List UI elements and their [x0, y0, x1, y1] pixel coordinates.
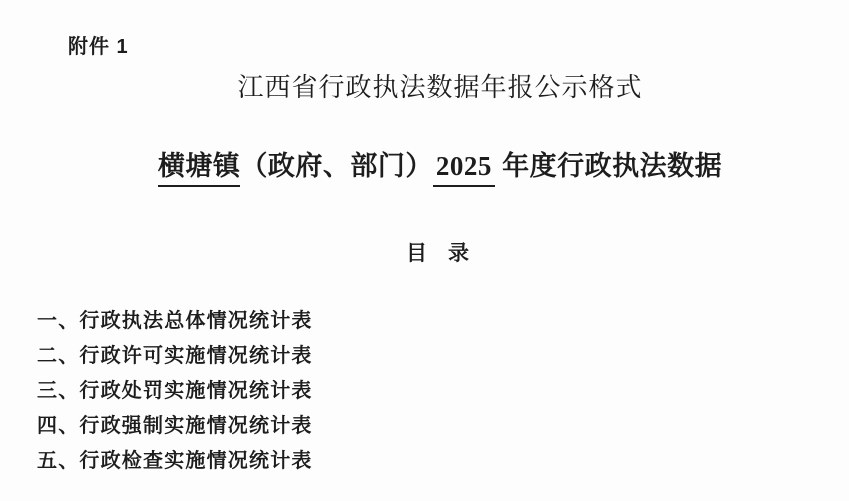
format-heading: 江西省行政执法数据年报公示格式	[31, 71, 849, 105]
main-title: 横塘镇（政府、部门）2025 年度行政执法数据	[31, 148, 849, 184]
toc-item-administrative-penalty: 三、行政处罚实施情况统计表	[37, 374, 849, 409]
toc-list: 一、行政执法总体情况统计表 二、行政许可实施情况统计表 三、行政处罚实施情况统计…	[37, 304, 849, 479]
attachment-label: 附件 1	[68, 34, 129, 60]
toc-item-administrative-licensing: 二、行政许可实施情况统计表	[37, 339, 849, 374]
toc-item-overall-situation: 一、行政执法总体情况统计表	[37, 304, 849, 339]
title-year: 2025	[433, 151, 495, 187]
toc-item-administrative-inspection: 五、行政检查实施情况统计表	[37, 444, 849, 479]
title-scope: （政府、部门）	[240, 151, 433, 181]
toc-heading: 目 录	[26, 239, 849, 267]
document-page: 附件 1 江西省行政执法数据年报公示格式 横塘镇（政府、部门）2025 年度行政…	[0, 0, 849, 501]
title-organization: 横塘镇	[158, 151, 241, 187]
title-rest: 年度行政执法数据	[495, 151, 722, 181]
toc-item-administrative-coercion: 四、行政强制实施情况统计表	[37, 409, 849, 444]
